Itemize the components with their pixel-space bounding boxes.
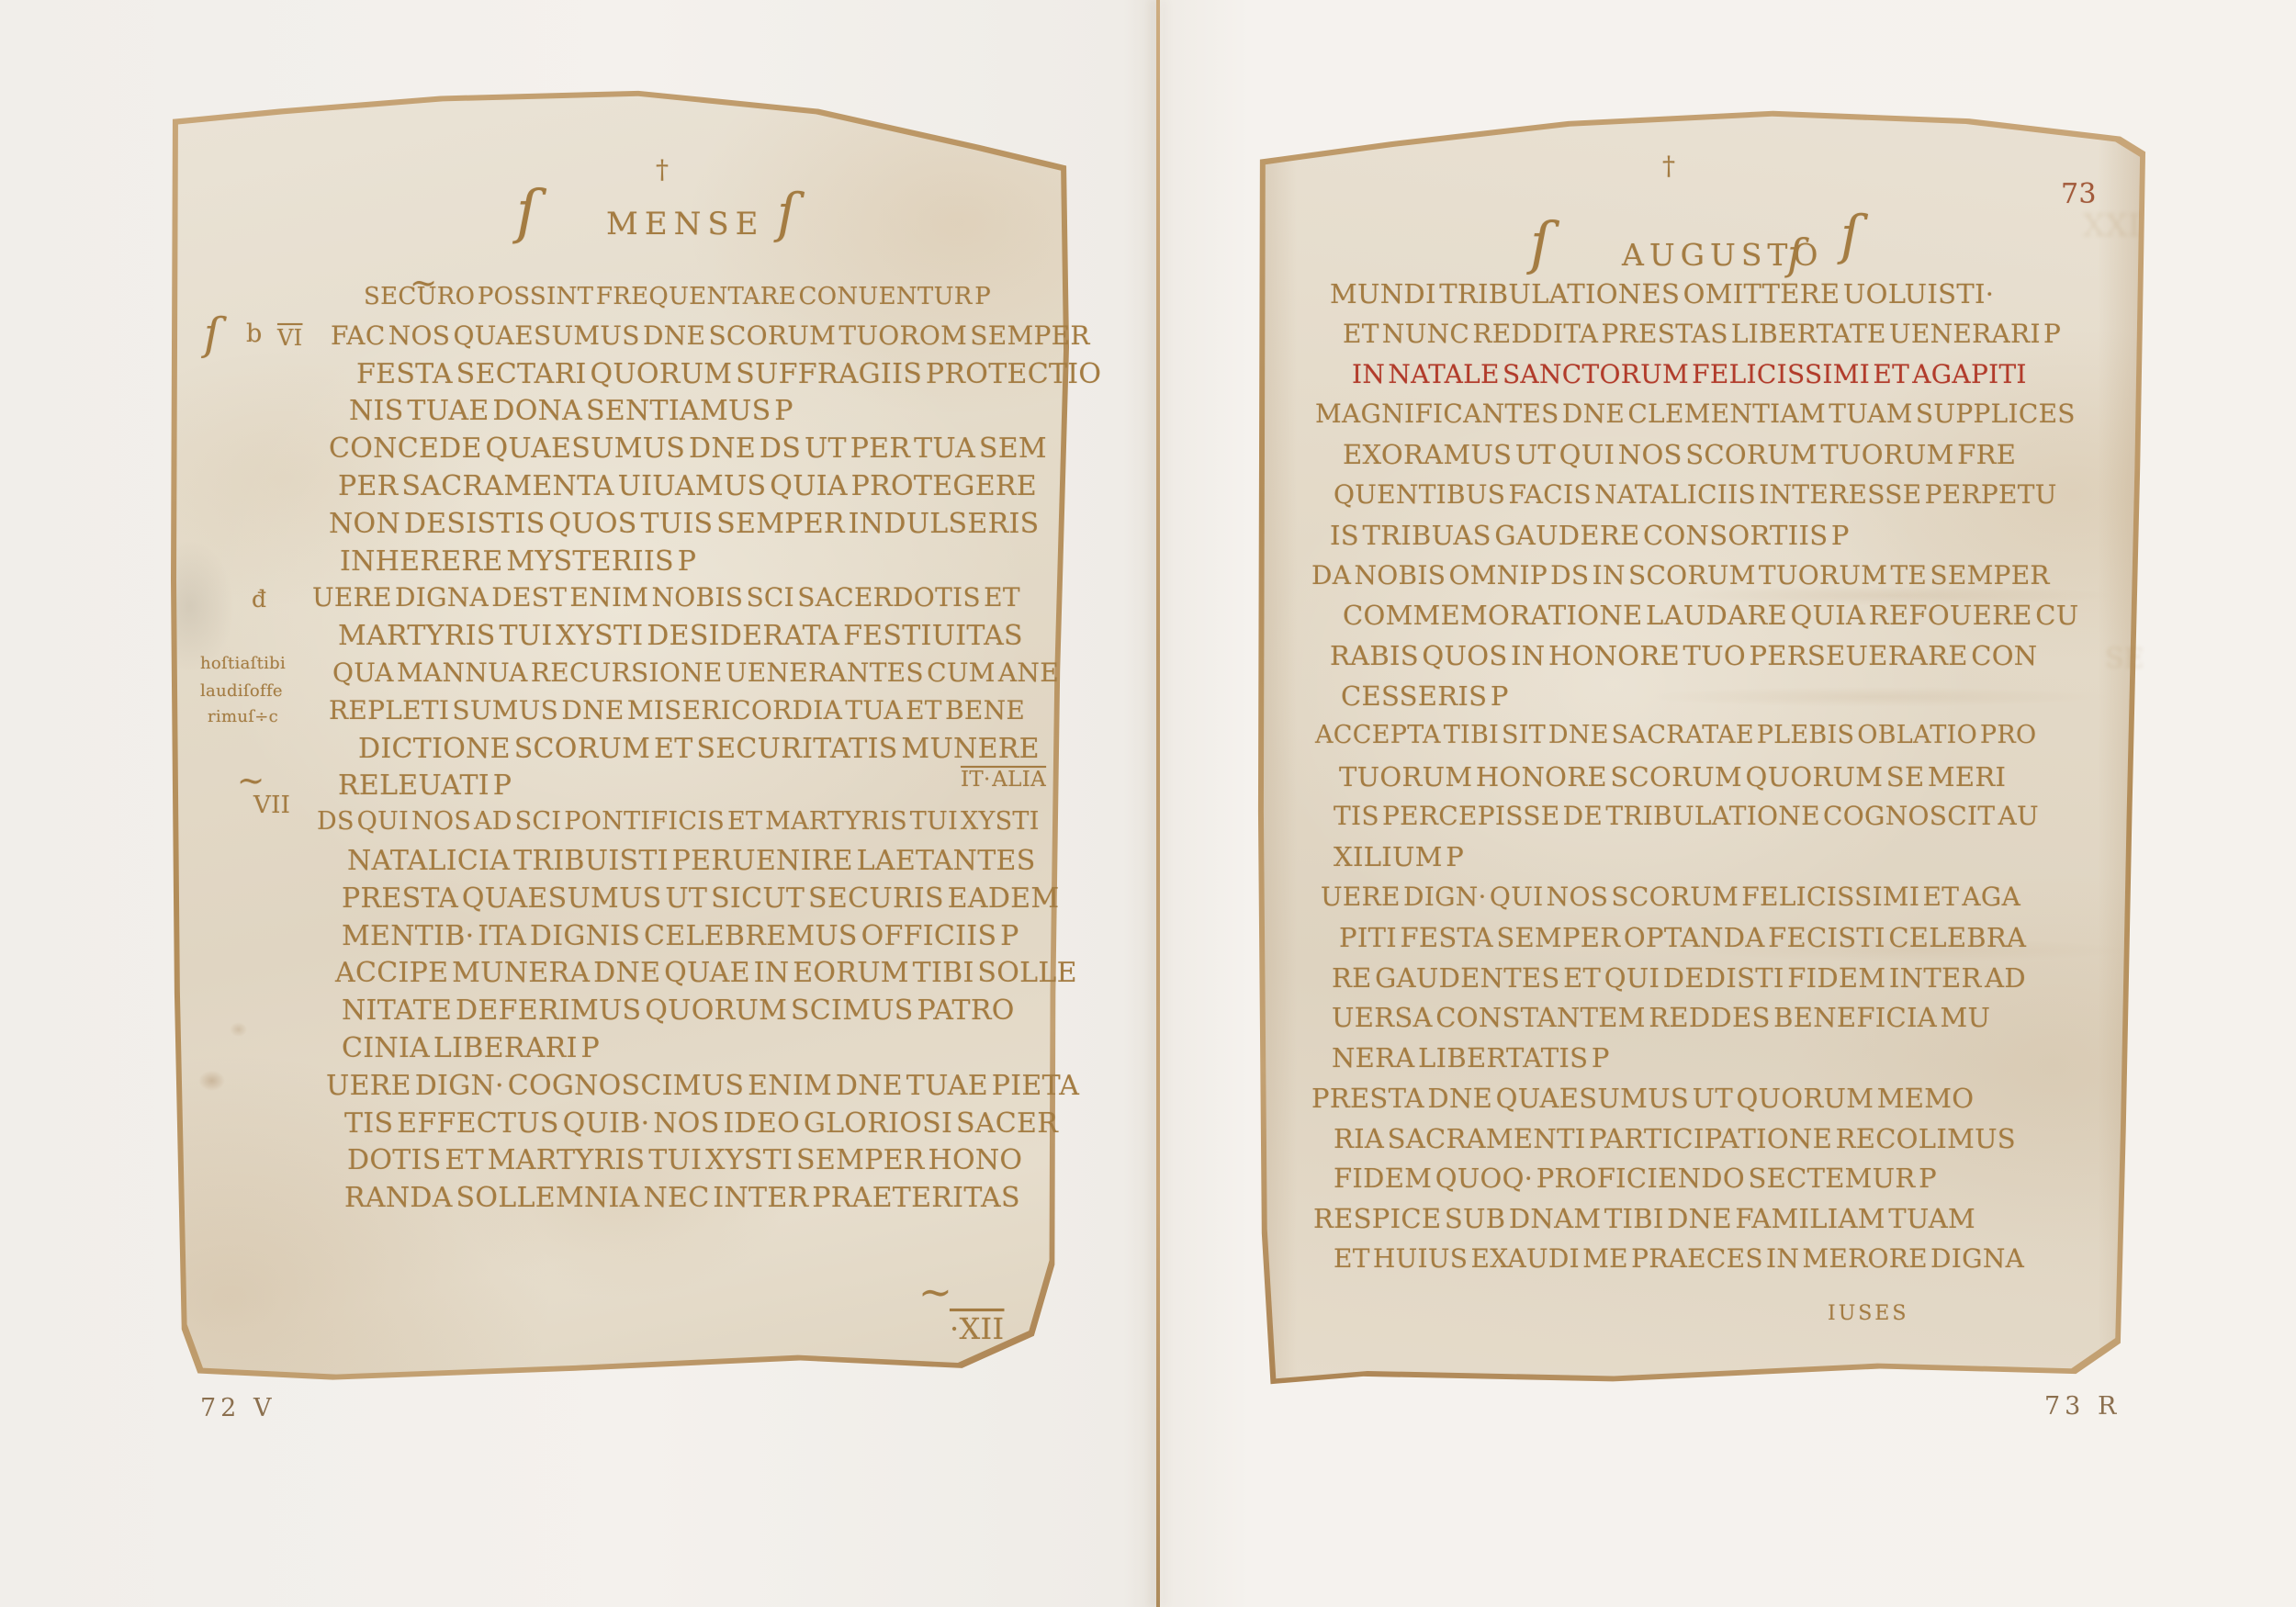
facsimile-spread: SECURO POSSINT FREQUENTARE CONUENTUR PFA… — [0, 0, 2296, 1607]
manuscript-rubric-line: IN NATALE SANCTORUM FELICISSIMI ET AGAPI… — [1352, 359, 2027, 389]
manuscript-line: NITATE DEFERIMUS QUORUM SCIMUS PATRO — [342, 995, 1015, 1027]
manuscript-line: RE GAUDENTES ET QUI DEDISTI FIDEM INTER … — [1332, 962, 2026, 994]
manuscript-line: ACCIPE MUNERA DNE QUAE IN EORUM TIBI SOL… — [335, 957, 1077, 989]
manuscript-line: RABIS QUOS IN HONORE TUO PERSEUERARE CON — [1330, 640, 2037, 671]
manuscript-line: PER SACRAMENTA UIUAMUS QUIA PROTEGERE — [338, 470, 1037, 502]
margin-note-line-3: rimuſ ÷ c — [208, 707, 278, 726]
manuscript-line: XILIUM P — [1334, 841, 1464, 872]
manuscript-line: IS TRIBUAS GAUDERE CONSORTIIS P — [1330, 520, 1850, 551]
page-cross-icon: † — [1662, 151, 1675, 181]
showthrough-mark: XXI — [2083, 208, 2141, 244]
plate-caption-left: 72 V — [200, 1394, 276, 1422]
manuscript-line: RELEUATI P — [338, 770, 512, 802]
manuscript-line: FAC NOS QUAESUMUS DNE SCORUM TUOROM SEMP… — [331, 320, 1090, 351]
manuscript-line: DS QUI NOS AD SCI PONTIFICIS ET MARTYRIS… — [317, 807, 1040, 836]
margin-letter-d: đ — [252, 586, 266, 612]
manuscript-line: COMMEMORATIONE LAUDARE QUIA REFOUERE CU — [1343, 600, 2078, 631]
manuscript-line: MARTYRIS TUI XYSTI DESIDERATA FESTIUITAS — [338, 620, 1023, 652]
manuscript-line: RANDA SOLLEMNIA NEC INTER PRAETERITAS — [344, 1182, 1020, 1214]
folio-number: 73 — [2061, 178, 2097, 210]
manuscript-line: UERE DIGNA DEST ENIM NOBIS SCI SACERDOTI… — [312, 582, 1020, 612]
cue-mark: ~ — [410, 264, 437, 302]
manuscript-line: RESPICE SUB DNAM TIBI DNE FAMILIAM TUAM — [1313, 1203, 1975, 1234]
catchword: IUSES — [1828, 1302, 1908, 1325]
manuscript-line: PITI FESTA SEMPER OPTANDA FECISTI CELEBR… — [1339, 922, 2026, 953]
manuscript-line: NIS TUAE DONA SENTIAMUS P — [349, 395, 793, 427]
header-flourish-left: ſ — [516, 178, 538, 246]
page-title-mense: MENSE — [606, 206, 765, 242]
ink-layer: SECURO POSSINT FREQUENTARE CONUENTUR PFA… — [0, 0, 2296, 1607]
manuscript-line: QUA MANNUA RECURSIONE UENERANTES CUM ANE — [332, 657, 1059, 688]
manuscript-line: INHERERE MYSTERIIS P — [340, 545, 696, 578]
manuscript-line: RIA SACRAMENTI PARTICIPATIONE RECOLIMUS — [1334, 1123, 2016, 1154]
manuscript-line: NERA LIBERTATIS P — [1332, 1042, 1610, 1073]
showthrough-mark: SE — [2105, 643, 2144, 675]
manuscript-line: REPLETI SUMUS DNE MISERICORDIA TUA ET BE… — [329, 695, 1025, 725]
plate-caption-right: 73 R — [2044, 1392, 2121, 1421]
manuscript-line: PRESTA DNE QUAESUMUS UT QUORUM MEMO — [1311, 1083, 1974, 1114]
margin-numeral-vi: VI — [277, 325, 302, 351]
manuscript-line: DICTIONE SCORUM ET SECURITATIS MUNERE — [358, 733, 1040, 765]
manuscript-line: TUORUM HONORE SCORUM QUORUM SE MERI — [1339, 761, 2006, 792]
manuscript-line: ET NUNC REDDITA PRESTAS LIBERTATE UENERA… — [1343, 319, 2061, 349]
manuscript-line: CONCEDE QUAESUMUS DNE DS UT PER TUA SEM — [329, 433, 1047, 465]
margin-letter-b: b — [246, 320, 263, 348]
quire-mark: ·XII — [950, 1311, 1004, 1346]
manuscript-line: UERSA CONSTANTEM REDDES BENEFICIA MU — [1332, 1002, 1990, 1033]
manuscript-line: ACCEPTA TIBI SIT DNE SACRATAE PLEBIS OBL… — [1315, 721, 2036, 749]
manuscript-line: CINIA LIBERARI P — [342, 1032, 600, 1064]
header-flourish-left: ſ — [1530, 209, 1551, 276]
manuscript-line: TIS EFFECTUS QUIB· NOS IDEO GLORIOSI SAC… — [344, 1107, 1058, 1140]
manuscript-line: NON DESISTIS QUOS TUIS SEMPER INDULSERIS — [329, 508, 1039, 540]
manuscript-line: NATALICIA TRIBUISTI PERUENIRE LAETANTES — [347, 845, 1036, 877]
manuscript-line: PRESTA QUAESUMUS UT SICUT SECURIS EADEM — [342, 882, 1059, 915]
manuscript-line: DA NOBIS OMNIP DS IN SCORUM TUORUM TE SE… — [1311, 560, 2050, 590]
margin-note-line-2: laudiſ offe — [200, 681, 283, 701]
inline-alia-note: IT· ALIA — [961, 768, 1046, 792]
quire-flourish: ~ — [918, 1269, 952, 1316]
manuscript-line: MAGNIFICANTES DNE CLEMENTIAM TUAM SUPPLI… — [1315, 399, 2076, 429]
header-flourish-right: ſ — [777, 182, 797, 244]
manuscript-line: ET HUIUS EXAUDI ME PRAECES IN MERORE DIG… — [1334, 1243, 2024, 1274]
margin-numeral-vii: VII — [253, 792, 290, 819]
manuscript-line: MUNDI TRIBULATIONES OMITTERE UOLUISTI· — [1330, 278, 1994, 309]
title-flourish-tail: ſ — [1787, 230, 1803, 279]
manuscript-line: SECURO POSSINT FREQUENTARE CONUENTUR P — [364, 283, 991, 310]
margin-note-line-1: hoſtiaſ tibi — [200, 654, 286, 673]
margin-flourish: ſ — [204, 309, 220, 360]
manuscript-line: UERE DIGN· COGNOSCIMUS ENIM DNE TUAE PIE… — [326, 1070, 1079, 1102]
manuscript-line: TIS PERCEPISSE DE TRIBULATIONE COGNOSCIT… — [1334, 801, 2039, 831]
manuscript-line: FIDEM QUOQ· PROFICIENDO SECTEMUR P — [1334, 1163, 1937, 1194]
page-cross-icon: † — [656, 154, 669, 185]
manuscript-line: MENTIB· ITA DIGNIS CELEBREMUS OFFICIIS P — [342, 920, 1019, 952]
manuscript-line: FESTA SECTARI QUORUM SUFFRAGIIS PROTECTI… — [356, 358, 1101, 390]
header-flourish-right: ſ — [1840, 204, 1861, 266]
manuscript-line: UERE DIGN· QUI NOS SCORUM FELICISSIMI ET… — [1321, 882, 2020, 912]
manuscript-line: EXORAMUS UT QUI NOS SCORUM TUORUM FRE — [1343, 439, 2016, 470]
manuscript-line: QUENTIBUS FACIS NATALICIIS INTERESSE PER… — [1334, 479, 2057, 510]
manuscript-line: CESSERIS P — [1341, 680, 1509, 712]
manuscript-line: DOTIS ET MARTYRIS TUI XYSTI SEMPER HONO — [347, 1144, 1022, 1176]
